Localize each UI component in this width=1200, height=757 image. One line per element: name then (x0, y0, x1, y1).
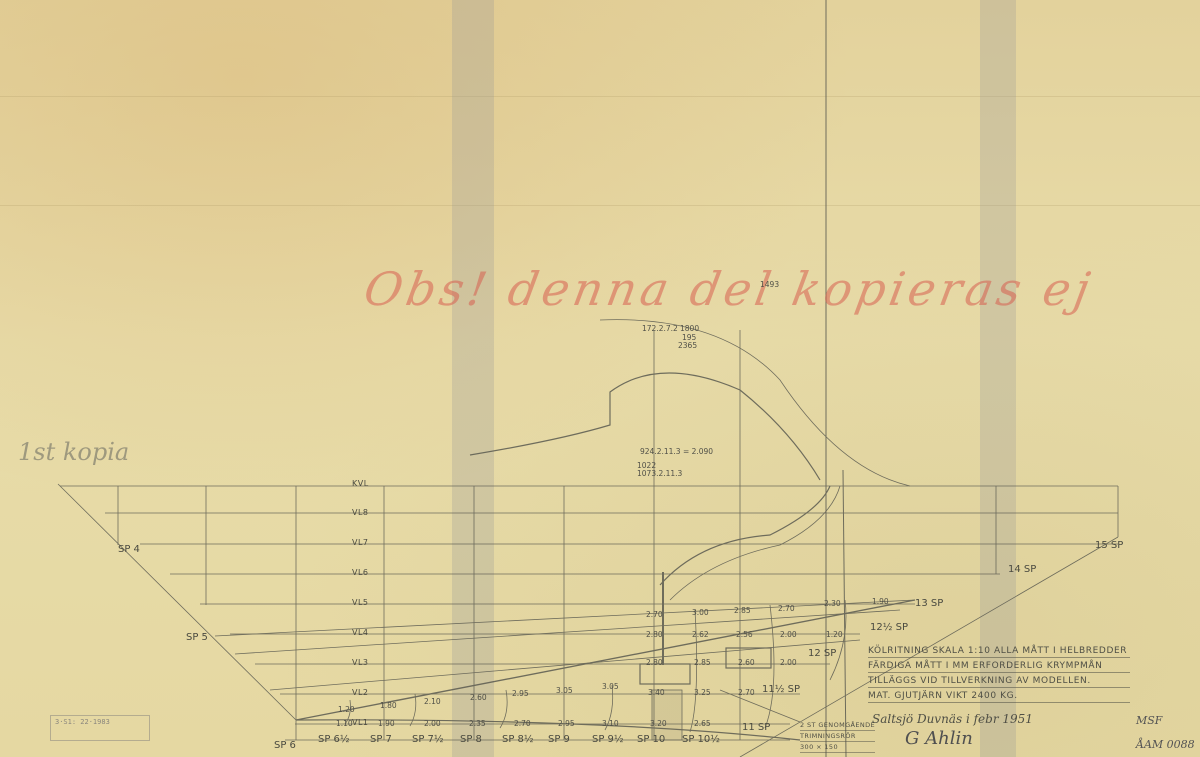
stamp-text: 3·S1: 22·1983 (55, 718, 110, 726)
station-label: SP 6 (274, 740, 296, 751)
dimension-value: 2.00 (780, 658, 797, 667)
dimension-value: 3.05 (556, 686, 573, 695)
title-line: tilläggs vid tillverkning av modellen. (868, 675, 1130, 688)
station-label: SP 10 (637, 734, 665, 745)
dimension-value: 2.00 (780, 630, 797, 639)
dimension-value: 2.56 (736, 630, 753, 639)
station-label: 14 SP (1008, 564, 1036, 575)
dimension-value: 2.70 (738, 688, 755, 697)
title-line: Färdiga mått i mm Erforderlig krympmån (868, 660, 1130, 673)
red-annotation: Obs! denna del kopieras ej (360, 262, 1097, 316)
archive-number: ÅAM 0088 (1136, 738, 1195, 751)
calc-note: 172.2.7.2 (642, 324, 678, 333)
station-label: SP 5 (186, 632, 208, 643)
waterline-label: VL8 (352, 508, 369, 517)
trim-note-line: 300 × 150 (800, 742, 875, 753)
dimension-value: 1.80 (380, 701, 397, 710)
dimension-value: 1.20 (826, 630, 843, 639)
dimension-value: 2.00 (424, 719, 441, 728)
calc-note: 924.2.11.3 = 2.090 (640, 447, 713, 456)
archive-stamp: 3·S1: 22·1983 (50, 715, 150, 741)
waterline-label: VL2 (352, 688, 369, 697)
dimension-value: 2.70 (646, 610, 663, 619)
place-date: Saltsjö Duvnäs i febr 1951 (872, 712, 1033, 726)
dimension-value: 2.65 (694, 719, 711, 728)
station-label: SP 8 (460, 734, 482, 745)
station-label: SP 4 (118, 544, 140, 555)
dimension-value: 3.25 (694, 688, 711, 697)
dimension-value: 1.20 (338, 705, 355, 714)
dimension-value: 1.90 (872, 597, 889, 606)
archive-mark: MSF (1136, 714, 1162, 727)
signature: G Ahlin (905, 728, 973, 749)
waterline-label: VL4 (352, 628, 369, 637)
station-label: SP 10½ (682, 734, 720, 745)
station-label: 12 SP (808, 648, 836, 659)
trim-note-line: 2 st genomgående (800, 720, 875, 731)
dimension-value: 2.95 (512, 689, 529, 698)
dimension-value: 2.10 (424, 697, 441, 706)
station-label: SP 6½ (318, 734, 350, 745)
dimension-value: 2.30 (824, 599, 841, 608)
station-label: 15 SP (1095, 540, 1123, 551)
station-label: 11 SP (742, 722, 770, 733)
station-label: SP 8½ (502, 734, 534, 745)
waterline-label: KVL (352, 479, 369, 488)
dimension-value: 2.70 (778, 604, 795, 613)
dimension-value: 2.35 (469, 719, 486, 728)
calc-note: 1073.2.11.3 (637, 469, 682, 478)
dimension-value: 3.20 (650, 719, 667, 728)
dimension-value: 2.60 (470, 693, 487, 702)
station-label: SP 7½ (412, 734, 444, 745)
dimension-value: 2.80 (646, 658, 663, 667)
calc-note: 1800 (680, 324, 699, 333)
calc-note: 1493 (760, 280, 779, 289)
waterline-label: VL7 (352, 538, 369, 547)
station-label: 11½ SP (762, 684, 800, 695)
dimension-value: 2.95 (558, 719, 575, 728)
dimension-value: 1.90 (378, 719, 395, 728)
keel-drawing (0, 0, 1200, 757)
station-label: 12½ SP (870, 622, 908, 633)
dimension-value: 2.80 (646, 630, 663, 639)
dimension-value: 2.70 (514, 719, 531, 728)
dimension-value: 1.10 (336, 719, 353, 728)
station-label: SP 9½ (592, 734, 624, 745)
title-line: Kölritning Skala 1:10 Alla mått i helbre… (868, 645, 1130, 658)
trim-note-line: trimningsrör (800, 731, 875, 742)
waterline-label: VL3 (352, 658, 369, 667)
dimension-value: 2.62 (692, 630, 709, 639)
station-label: 13 SP (915, 598, 943, 609)
dimension-value: 2.60 (738, 658, 755, 667)
dimension-value: 2.85 (734, 606, 751, 615)
dimension-value: 3.05 (602, 682, 619, 691)
calc-note: 2365 (678, 341, 697, 350)
trim-pipe-note: 2 st genomgående trimningsrör 300 × 150 (800, 720, 875, 753)
waterline-label: VL1 (352, 718, 369, 727)
title-block: Kölritning Skala 1:10 Alla mått i helbre… (868, 645, 1130, 705)
dimension-value: 3.40 (648, 688, 665, 697)
dimension-value: 3.00 (692, 608, 709, 617)
title-line: Mat. gjutjärn Vikt 2400 kg. (868, 690, 1130, 703)
waterline-label: VL6 (352, 568, 369, 577)
dimension-value: 2.85 (694, 658, 711, 667)
waterline-label: VL5 (352, 598, 369, 607)
station-label: SP 7 (370, 734, 392, 745)
station-label: SP 9 (548, 734, 570, 745)
pencil-annotation: 1st kopia (18, 438, 129, 466)
dimension-value: 3.10 (602, 719, 619, 728)
